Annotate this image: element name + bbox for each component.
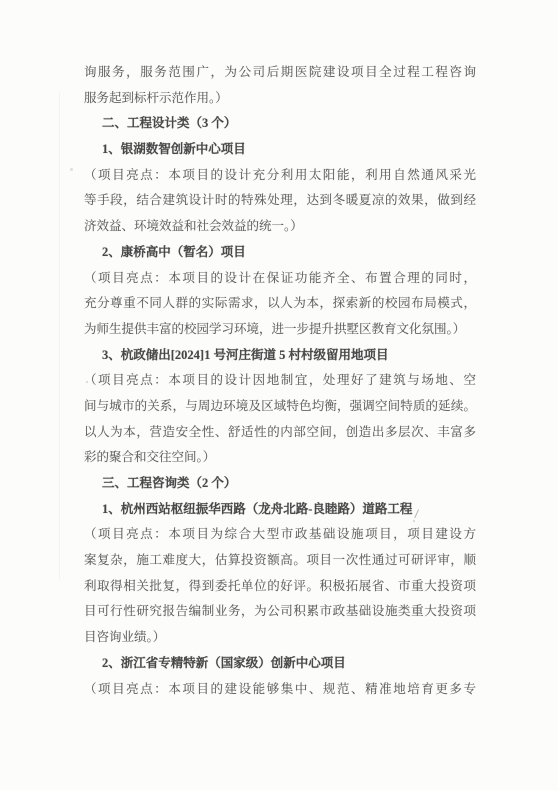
text-line: 以人为本，营造安全性、舒适性的内部空间，创造出多层次、丰富多 [84, 420, 476, 446]
scan-shadow-left-edge [59, 92, 60, 580]
text-line: 彩的聚合和交往空间。） [84, 445, 476, 471]
paragraph: （项目亮点：本项目为综合大型市政基础设施项目，项目建设方案复杂，施工难度大，估算… [84, 522, 476, 650]
text-line: 为师生提供丰富的校园学习环境，进一步提升拱墅区教育文化氛围。） [84, 317, 476, 343]
paragraph: （项目亮点：本项目的设计在保证功能齐全、布置合理的同时，充分尊重不同人群的实际需… [84, 266, 476, 343]
paragraph: （项目亮点：本项目的设计充分利用太阳能，利用自然通风采光等手段，结合建筑设计时的… [84, 163, 476, 240]
heading-line: 2、康桥高中（暂名）项目 [84, 240, 476, 266]
heading-line: 二、工程设计类（3 个） [84, 111, 476, 137]
scanned-page: { "colors": { "page_bg": "#fcfcfb", "bod… [0, 0, 558, 790]
heading: 二、工程设计类（3 个） [84, 111, 476, 137]
heading-line: 1、银湖数智创新中心项目 [84, 137, 476, 163]
paragraph: （项目亮点：本项目的设计因地制宜，处理好了建筑与场地、空间与城市的关系，与周边环… [84, 368, 476, 471]
text-line: （项目亮点：本项目的设计充分利用太阳能，利用自然通风采光 [84, 163, 476, 189]
text-line: 服务起到标杆示范作用。） [84, 86, 476, 112]
text-line: （项目亮点：本项目的设计在保证功能齐全、布置合理的同时， [84, 266, 476, 292]
text-line: 间与城市的关系，与周边环境及区域特色均衡，强调空间特质的延续。 [84, 394, 476, 420]
text-line: 询服务，服务范围广，为公司后期医院建设项目全过程工程咨询 [84, 60, 476, 86]
heading-line: 3、杭政储出[2024]1 号河庄街道 5 村村级留用地项目 [84, 343, 476, 369]
text-line: （项目亮点：本项目的建设能够集中、规范、精准地培育更多专 [84, 677, 476, 703]
heading: 2、浙江省专精特新（国家级）创新中心项目 [84, 651, 476, 677]
text-line: 济效益、环境效益和社会效益的统一。） [84, 214, 476, 240]
text-line: 等手段，结合建筑设计时的特殊处理，达到冬暖夏凉的效果，做到经 [84, 188, 476, 214]
document-body: 询服务，服务范围广，为公司后期医院建设项目全过程工程咨询服务起到标杆示范作用。）… [84, 60, 476, 702]
heading: 2、康桥高中（暂名）项目 [84, 240, 476, 266]
text-line: 利取得相关批复，得到委托单位的好评。积极拓展省、市重大投资项 [84, 574, 476, 600]
paragraph: （项目亮点：本项目的建设能够集中、规范、精准地培育更多专 [84, 677, 476, 703]
text-line: （项目亮点：本项目为综合大型市政基础设施项目，项目建设方 [84, 522, 476, 548]
heading: 1、银湖数智创新中心项目 [84, 137, 476, 163]
text-line: 案复杂，施工难度大，估算投资额高。项目一次性通过可研评审，顺 [84, 548, 476, 574]
scan-speck [70, 168, 73, 171]
heading: 3、杭政储出[2024]1 号河庄街道 5 村村级留用地项目 [84, 343, 476, 369]
heading-line: 1、杭州西站枢纽振华西路（龙舟北路-良睦路）道路工程 [84, 497, 476, 523]
heading: 三、工程咨询类（2 个） [84, 471, 476, 497]
text-line: 目可行性研究报告编制业务，为公司积累市政基础设施类重大投资项 [84, 599, 476, 625]
heading-line: 三、工程咨询类（2 个） [84, 471, 476, 497]
text-line: 目咨询业绩。） [84, 625, 476, 651]
heading-line: 2、浙江省专精特新（国家级）创新中心项目 [84, 651, 476, 677]
paragraph: 询服务，服务范围广，为公司后期医院建设项目全过程工程咨询服务起到标杆示范作用。） [84, 60, 476, 111]
text-line: （项目亮点：本项目的设计因地制宜，处理好了建筑与场地、空 [84, 368, 476, 394]
text-line: 充分尊重不同人群的实际需求，以人为本，探索新的校园布局模式， [84, 291, 476, 317]
heading: 1、杭州西站枢纽振华西路（龙舟北路-良睦路）道路工程 [84, 497, 476, 523]
